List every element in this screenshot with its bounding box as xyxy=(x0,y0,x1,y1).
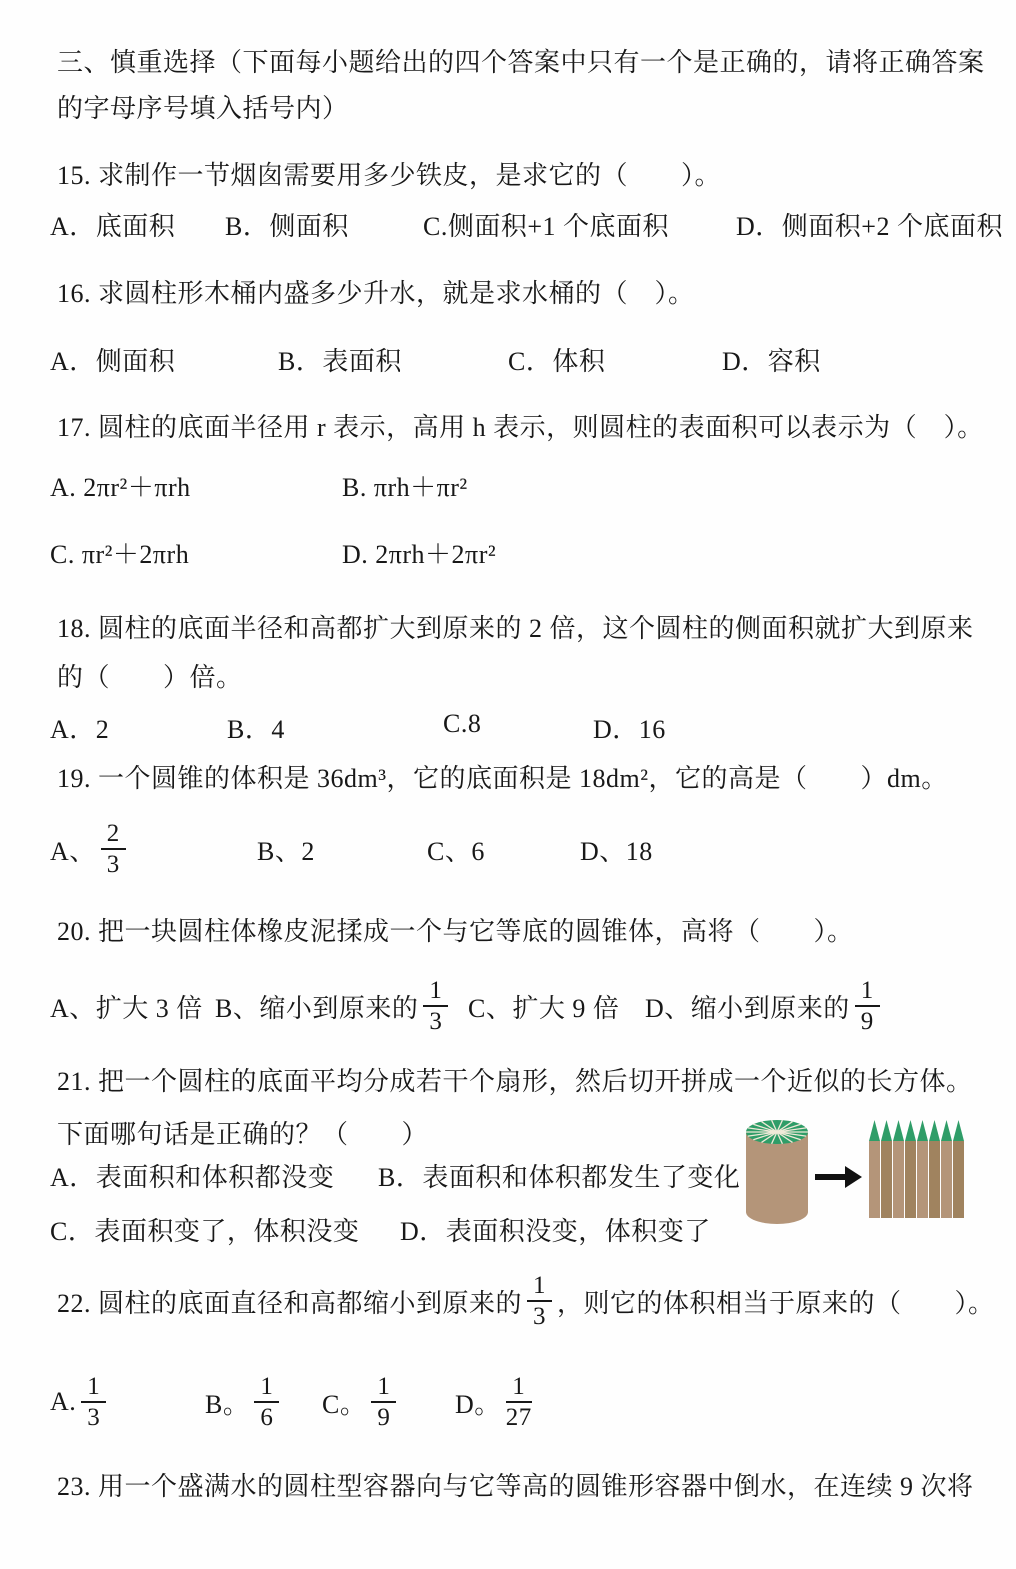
question-16-option-a: A．侧面积 xyxy=(50,341,175,378)
question-21-stem-line1: 21. 把一个圆柱的底面平均分成若干个扇形，然后切开拼成一个近似的长方体。 xyxy=(57,1061,973,1098)
question-15-option-c: C.侧面积+1 个底面积 xyxy=(423,206,669,243)
fraction: 2 3 xyxy=(101,820,126,878)
question-22-option-a: A. 1 3 xyxy=(50,1366,111,1438)
question-20-option-a: A、扩大 3 倍 xyxy=(50,970,203,1042)
question-19-option-a: A、 2 3 xyxy=(50,815,131,883)
cylinder-to-prism-illustration xyxy=(743,1115,965,1233)
option-label: B。 xyxy=(205,1384,249,1421)
question-15-option-b: B．侧面积 xyxy=(225,206,349,243)
option-label: A、 xyxy=(50,831,96,868)
question-16-option-b: B．表面积 xyxy=(278,341,402,378)
question-21-option-b: B．表面积和体积都发生了变化 xyxy=(378,1157,740,1194)
fraction: 1 3 xyxy=(527,1272,552,1330)
question-20-option-c: C、扩大 9 倍 xyxy=(468,970,619,1042)
fraction: 1 27 xyxy=(506,1373,532,1431)
worksheet-page: 三、慎重选择（下面每小题给出的四个答案中只有一个是正确的，请将正确答案 的字母序… xyxy=(0,0,1016,1569)
question-23-stem: 23. 用一个盛满水的圆柱型容器向与它等高的圆锥形容器中倒水，在连续 9 次将 xyxy=(57,1466,974,1503)
question-21-option-d: D．表面积没变，体积变了 xyxy=(400,1211,711,1248)
question-19-option-c: C、6 xyxy=(427,815,485,883)
question-17-option-c: C. πr²＋2πrh xyxy=(50,534,189,571)
prism-strips xyxy=(869,1120,964,1218)
question-16-stem: 16. 求圆柱形木桶内盛多少升水，就是求水桶的（ ）。 xyxy=(57,273,695,310)
question-21-option-a: A．表面积和体积都没变 xyxy=(50,1157,334,1194)
question-17-option-b: B. πrh＋πr² xyxy=(342,467,468,504)
question-18-option-b: B．4 xyxy=(227,709,285,746)
fraction: 1 3 xyxy=(423,977,448,1035)
question-19-option-b: B、2 xyxy=(257,815,315,883)
question-16-option-c: C．体积 xyxy=(508,341,605,378)
question-18-option-c: C.8 xyxy=(443,709,481,739)
question-18-stem-line1: 18. 圆柱的底面半径和高都扩大到原来的 2 倍，这个圆柱的侧面积就扩大到原来 xyxy=(57,608,974,645)
arrow-icon xyxy=(815,1166,862,1188)
section-header-line1: 三、慎重选择（下面每小题给出的四个答案中只有一个是正确的，请将正确答案 xyxy=(57,42,985,79)
option-label: D。 xyxy=(455,1384,501,1421)
question-19-option-d: D、18 xyxy=(580,815,653,883)
question-22-option-d: D。 1 27 xyxy=(455,1366,537,1438)
question-17-stem: 17. 圆柱的底面半径用 r 表示，高用 h 表示，则圆柱的表面积可以表示为（ … xyxy=(57,407,984,444)
question-20-option-b: B、缩小到原来的 1 3 xyxy=(215,970,453,1042)
fraction: 1 3 xyxy=(81,1373,106,1431)
question-16-option-d: D．容积 xyxy=(722,341,821,378)
option-label: B、缩小到原来的 xyxy=(215,988,418,1025)
question-15-option-a: A．底面积 xyxy=(50,206,175,243)
fraction: 1 9 xyxy=(855,977,880,1035)
question-15-option-d: D．侧面积+2 个底面积 xyxy=(736,206,1003,243)
question-20-stem: 20. 把一块圆柱体橡皮泥揉成一个与它等底的圆锥体，高将（ ）。 xyxy=(57,911,854,948)
question-22-stem-post: ，则它的体积相当于原来的（ ）。 xyxy=(557,1283,995,1320)
question-18-stem-line2: 的（ ）倍。 xyxy=(57,657,243,694)
question-18-option-d: D．16 xyxy=(593,709,666,746)
question-19-stem: 19. 一个圆锥的体积是 36dm³，它的底面积是 18dm²，它的高是（ ）d… xyxy=(57,758,948,795)
fraction: 1 9 xyxy=(371,1373,396,1431)
fraction: 1 6 xyxy=(254,1373,279,1431)
question-15-stem: 15. 求制作一节烟囱需要用多少铁皮，是求它的（ ）。 xyxy=(57,155,721,192)
option-label: A. xyxy=(50,1387,76,1417)
question-18-option-a: A．2 xyxy=(50,709,109,746)
question-20-option-d: D、缩小到原来的 1 9 xyxy=(645,970,885,1042)
question-17-option-d: D. 2πrh＋2πr² xyxy=(342,534,496,571)
section-header-line2: 的字母序号填入括号内） xyxy=(57,88,349,125)
question-22-option-c: C。 1 9 xyxy=(322,1366,401,1438)
question-17-option-a: A. 2πr²＋πrh xyxy=(50,467,191,504)
question-22-option-b: B。 1 6 xyxy=(205,1366,284,1438)
question-21-stem-line2: 下面哪句话是正确的？（ ） xyxy=(57,1114,428,1151)
cylinder-body xyxy=(746,1132,808,1224)
question-21-option-c: C．表面积变了，体积没变 xyxy=(50,1211,359,1248)
question-22-stem-pre: 22. 圆柱的底面直径和高都缩小到原来的 xyxy=(57,1283,522,1320)
question-22-stem: 22. 圆柱的底面直径和高都缩小到原来的 1 3 ，则它的体积相当于原来的（ ）… xyxy=(57,1266,995,1336)
option-label: C。 xyxy=(322,1384,366,1421)
option-label: D、缩小到原来的 xyxy=(645,988,850,1025)
